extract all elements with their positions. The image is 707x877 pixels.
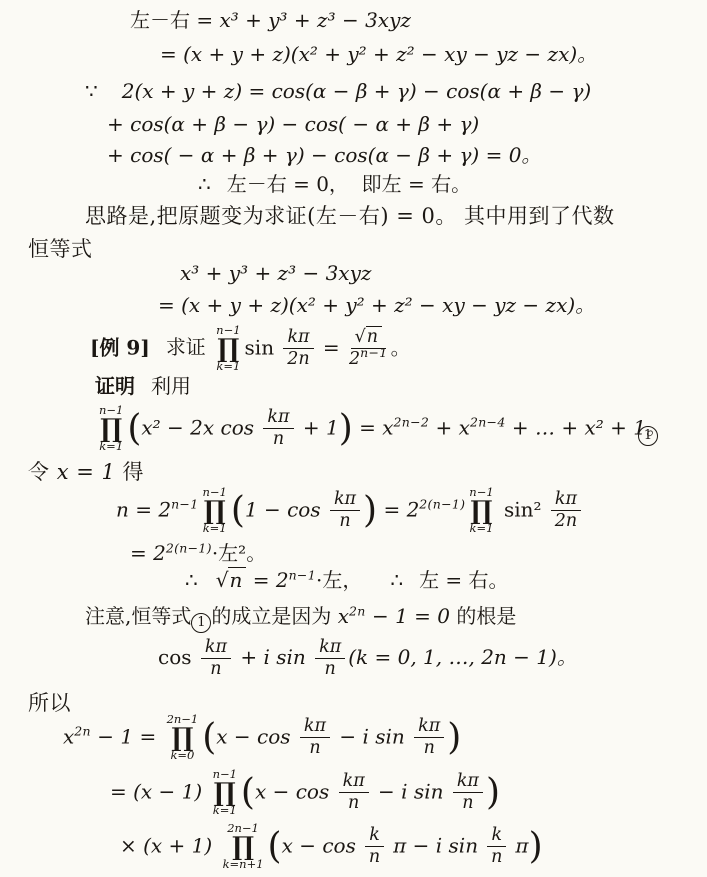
- product-symbol: ∏: [214, 781, 236, 806]
- big-paren-right: ): [363, 490, 377, 531]
- fraction-denominator: n: [348, 793, 359, 813]
- n-equals-2-pow: n = 2: [116, 497, 171, 521]
- fraction-numerator: kπ: [339, 772, 369, 793]
- left-squared-line: = 22(n−1)·左²。: [130, 541, 266, 566]
- fraction-denominator: n: [491, 847, 502, 867]
- big-paren-right: ): [529, 826, 543, 867]
- big-paren-left: (: [127, 408, 141, 449]
- one-minus-cos: 1 − cos: [245, 497, 327, 521]
- fraction: kπ2n: [283, 328, 313, 369]
- note-text-mid: 的成立是因为: [211, 604, 337, 628]
- fraction-denominator: n: [339, 511, 350, 531]
- eq-line-5: + cos( − α + β + γ) − cos(α − β + γ) = 0…: [107, 143, 541, 168]
- product-symbol: ∏: [100, 417, 122, 442]
- fraction: kπn: [414, 717, 444, 758]
- roots-line: cos kπn + i sin kπn(k = 0, 1, …, 2n − 1)…: [158, 638, 577, 679]
- conclusion-text: 左－右 = 0， 即左 = 右。: [227, 172, 471, 196]
- eq-line-2: = (x + y + z)(x² + y² + z² − xy − yz − z…: [160, 42, 597, 67]
- exponent-2n: 2n: [349, 603, 366, 618]
- fraction-numerator: kπ: [551, 490, 581, 511]
- big-paren-left: (: [202, 717, 216, 758]
- minus-1-eq-0: − 1 = 0: [366, 604, 450, 628]
- product-lower-limit: k=1: [216, 361, 240, 373]
- dot-left-comma: ·左，: [316, 568, 362, 592]
- fraction-denominator: n: [424, 738, 435, 758]
- left-equals-right: 左 = 右。: [419, 568, 508, 592]
- fraction: kπn: [453, 772, 483, 813]
- equals-2-pow: = 2: [130, 541, 166, 565]
- circled-1-tag: 1: [638, 426, 658, 446]
- quadratic-term: x² − 2x cos: [141, 415, 260, 439]
- power-denominator: 2n−1: [349, 349, 388, 369]
- radicand: n: [366, 326, 382, 347]
- idea-paragraph-text: 思路是,把原题变为求证(左－右) = 0。 其中用到了代数: [85, 204, 615, 228]
- substitution-line: n = 2n−1n−1∏k=1(1 − cos kπn) = 22(n−1)n−…: [116, 487, 584, 535]
- fraction-numerator: kπ: [414, 717, 444, 738]
- let-text: 令: [28, 460, 57, 484]
- fraction-denominator: 2n: [287, 349, 309, 369]
- therefore-symbol: ∴: [198, 172, 211, 196]
- big-paren-left: (: [231, 490, 245, 531]
- product-operator: 2n−1∏k=0: [167, 714, 199, 762]
- product-operator: 2n−1∏k=n+1: [223, 823, 264, 871]
- fraction-denominator: n: [273, 429, 284, 449]
- minus-1-equals: − 1 =: [91, 724, 163, 748]
- cubic-identity-factored-repeat: = (x + y + z)(x² + y² + z² − xy − yz − z…: [158, 293, 595, 317]
- fraction: kπn: [339, 772, 369, 813]
- paragraph-line-1: 思路是,把原题变为求证(左－右) = 0。 其中用到了代数: [85, 203, 615, 229]
- fraction-numerator: kπ: [283, 328, 313, 349]
- eq-line-7: x³ + y³ + z³ − 3xyz: [180, 261, 371, 286]
- big-paren-left: (: [241, 772, 255, 813]
- plus-i-sin: + i sin: [234, 645, 312, 669]
- x-minus-cos: x − cos: [216, 724, 297, 748]
- fraction: kπn: [300, 717, 330, 758]
- because-symbol: ∵: [85, 79, 98, 103]
- cubic-identity-repeat: x³ + y³ + z³ − 3xyz: [180, 261, 371, 285]
- period: 。: [391, 335, 411, 359]
- fraction-numerator: k: [487, 826, 506, 847]
- example-label: [例 9]: [90, 335, 150, 359]
- pi-minus-i-sin: π − i sin: [387, 833, 485, 857]
- so-line: 所以: [28, 690, 71, 716]
- product-operator: n−1∏k=1: [99, 405, 123, 453]
- dot-left-squared: ·左²。: [212, 541, 266, 565]
- fraction: kπn: [201, 638, 231, 679]
- den-exponent: n−1: [360, 346, 387, 361]
- fraction-numerator: kπ: [201, 638, 231, 659]
- obtain-text: 得: [115, 460, 144, 484]
- fraction: kn: [487, 826, 506, 867]
- k-range: (k = 0, 1, …, 2n − 1)。: [348, 645, 577, 669]
- expansion-line-2: = (x − 1) n−1∏k=1(x − cos kπn − i sin kπ…: [110, 769, 500, 817]
- fraction: kπn: [263, 408, 293, 449]
- product-lower-limit: k=1: [213, 805, 237, 817]
- eq-line-8: = (x + y + z)(x² + y² + z² − xy − yz − z…: [158, 293, 595, 318]
- expansion-line-3: × (x + 1) 2n−1∏k=n+1(x − cos kn π − i si…: [120, 823, 543, 871]
- note-line: 注意,恒等式1的成立是因为 x2n − 1 = 0 的根是: [85, 604, 516, 633]
- use-text: 利用: [151, 374, 191, 398]
- product-operator: n−1∏k=1: [216, 325, 240, 373]
- equation-tag-line: 1: [638, 417, 658, 446]
- fraction-numerator: kπ: [453, 772, 483, 793]
- minus-i-sin: − i sin: [372, 779, 450, 803]
- product-lower-limit: k=1: [99, 441, 123, 453]
- equals-2-pow: = 2: [377, 497, 419, 521]
- let-x-line: 令 x = 1 得: [28, 459, 144, 485]
- x-minus-cos: x − cos: [282, 833, 363, 857]
- rhs-start: = x: [353, 415, 394, 439]
- sin-function: sin: [245, 335, 281, 359]
- exponent-2n-4: 2n−4: [470, 415, 506, 430]
- eq-line-6: ∴左－右 = 0， 即左 = 右。: [198, 172, 471, 197]
- exponent-n-1: n−1: [289, 567, 316, 582]
- trailing-pi: π: [509, 833, 529, 857]
- exponent-2n: 2n: [74, 724, 91, 739]
- product-symbol: ∏: [217, 337, 239, 362]
- product-lower-limit: k=1: [203, 523, 227, 535]
- sin-squared: sin²: [498, 497, 548, 521]
- identity-1-line: n−1∏k=1(x² − 2x cos kπn + 1) = x2n−2 + x…: [95, 405, 666, 453]
- note-text-start: 注意,恒等式: [85, 604, 191, 628]
- lhs-minus-rhs-label: 左－右 =: [130, 8, 219, 32]
- x-minus-cos: x − cos: [255, 779, 336, 803]
- fraction-denominator: n: [369, 847, 380, 867]
- fraction-denominator: n: [210, 659, 221, 679]
- circled-1-inline: 1: [191, 613, 211, 633]
- x-minus-1-factor: = (x − 1): [110, 779, 209, 803]
- therefore-symbol: ∴: [390, 568, 403, 592]
- big-paren-left: (: [268, 826, 282, 867]
- so-text: 所以: [28, 691, 71, 715]
- radical-icon: √: [216, 568, 229, 592]
- x-base: x: [338, 604, 349, 628]
- x-base: x: [63, 724, 74, 748]
- cosine-sum-line-2: + cos(α + β − γ) − cos( − α + β + γ): [107, 112, 479, 136]
- product-lower-limit: k=0: [170, 750, 194, 762]
- big-paren-right: ): [447, 717, 461, 758]
- exponent-2n-2: 2n−2: [394, 415, 430, 430]
- eq-line-4: + cos(α + β − γ) − cos( − α + β + γ): [107, 112, 479, 137]
- fraction-denominator: 2n: [555, 511, 577, 531]
- identity-word: 恒等式: [28, 237, 93, 261]
- x-equals-1: x = 1: [57, 460, 116, 484]
- fraction-denominator: n: [462, 793, 473, 813]
- expansion-line-1: x2n − 1 = 2n−1∏k=0(x − cos kπn − i sin k…: [63, 714, 461, 762]
- minus-i-sin: − i sin: [333, 724, 411, 748]
- fraction: kπn: [330, 490, 360, 531]
- plus-x: + x: [429, 415, 470, 439]
- fraction-numerator: kπ: [330, 490, 360, 511]
- therefore-symbol: ∴: [185, 568, 198, 592]
- eq-line-1: 左－右 = x³ + y³ + z³ − 3xyz: [130, 8, 411, 33]
- proof-label: 证明: [95, 374, 135, 398]
- radicand: n: [228, 567, 246, 592]
- cosine-sum-line-1: 2(x + y + z) = cos(α − β + γ) − cos(α + …: [122, 79, 592, 103]
- exponent-2n-1-paren: 2(n−1): [419, 497, 465, 512]
- exponent-2n-1-paren: 2(n−1): [166, 540, 212, 555]
- product-symbol: ∏: [471, 499, 493, 524]
- fraction-numerator: kπ: [263, 408, 293, 429]
- fraction: kn: [365, 826, 384, 867]
- product-operator: n−1∏k=1: [202, 487, 226, 535]
- product-lower-limit: k=1: [470, 523, 494, 535]
- plus-one: + 1: [297, 415, 339, 439]
- radical-icon: √: [355, 327, 366, 347]
- proof-header-line: 证明利用: [95, 374, 191, 399]
- product-symbol: ∏: [232, 835, 254, 860]
- equals-sign: =: [317, 335, 346, 359]
- cos-function: cos: [158, 645, 198, 669]
- fraction-numerator: kπ: [300, 717, 330, 738]
- cosine-sum-line-3: + cos( − α + β + γ) − cos(α − β + γ) = 0…: [107, 143, 541, 167]
- product-operator: n−1∏k=1: [213, 769, 237, 817]
- den-base: 2: [349, 349, 360, 369]
- product-operator: n−1∏k=1: [469, 487, 493, 535]
- big-paren-right: ): [486, 772, 500, 813]
- equals-2-pow: = 2: [246, 568, 288, 592]
- prove-text: 求证: [166, 335, 212, 359]
- note-text-end: 的根是: [450, 604, 516, 628]
- cubic-identity-lhs: x³ + y³ + z³ − 3xyz: [219, 8, 410, 32]
- fraction-denominator: n: [309, 738, 320, 758]
- product-symbol: ∏: [171, 726, 193, 751]
- product-lower-limit: k=n+1: [223, 859, 264, 871]
- big-paren-right: ): [339, 408, 353, 449]
- cubic-identity-factored: = (x + y + z)(x² + y² + z² − xy − yz − z…: [160, 42, 597, 66]
- fraction-numerator: kπ: [315, 638, 345, 659]
- fraction-numerator: k: [365, 826, 384, 847]
- x-plus-1-factor: × (x + 1): [120, 833, 219, 857]
- product-symbol: ∏: [204, 499, 226, 524]
- example-9-line: [例 9]求证 n−1∏k=1sin kπ2n = √n2n−1。: [90, 325, 411, 373]
- paragraph-line-2: 恒等式: [28, 236, 93, 262]
- fraction-denominator: n: [325, 659, 336, 679]
- rhs-fraction: √n2n−1: [349, 328, 388, 369]
- scanned-textbook-page: 左－右 = x³ + y³ + z³ − 3xyz = (x + y + z)(…: [0, 0, 707, 877]
- fraction: kπn: [315, 638, 345, 679]
- sqrt-conclusion-line: ∴√n = 2n−1·左，∴左 = 右。: [185, 568, 509, 593]
- eq-line-3: ∵2(x + y + z) = cos(α − β + γ) − cos(α +…: [85, 79, 591, 104]
- fraction: kπ2n: [551, 490, 581, 531]
- exponent-n-1: n−1: [171, 497, 198, 512]
